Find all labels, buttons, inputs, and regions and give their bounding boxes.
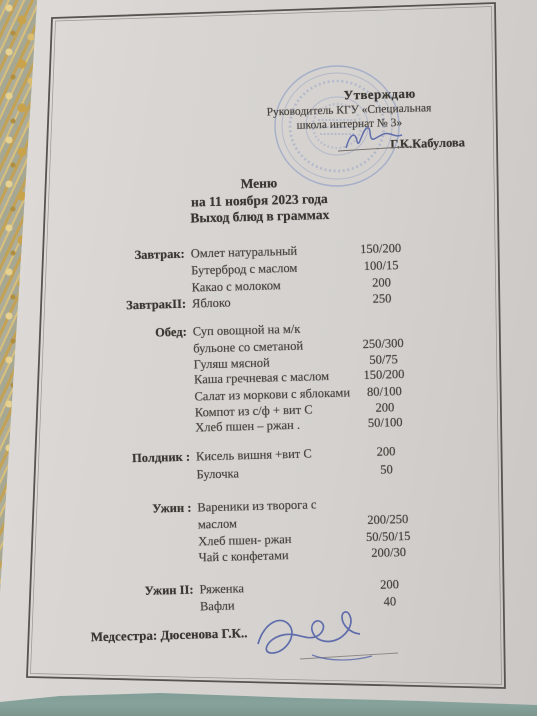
nurse-signature-icon [258, 612, 398, 660]
signatures-overlay [0, 0, 537, 716]
director-signature-icon [338, 128, 412, 151]
document-photo: Утверждаю Руководитель КГУ «Специальная … [0, 0, 537, 716]
